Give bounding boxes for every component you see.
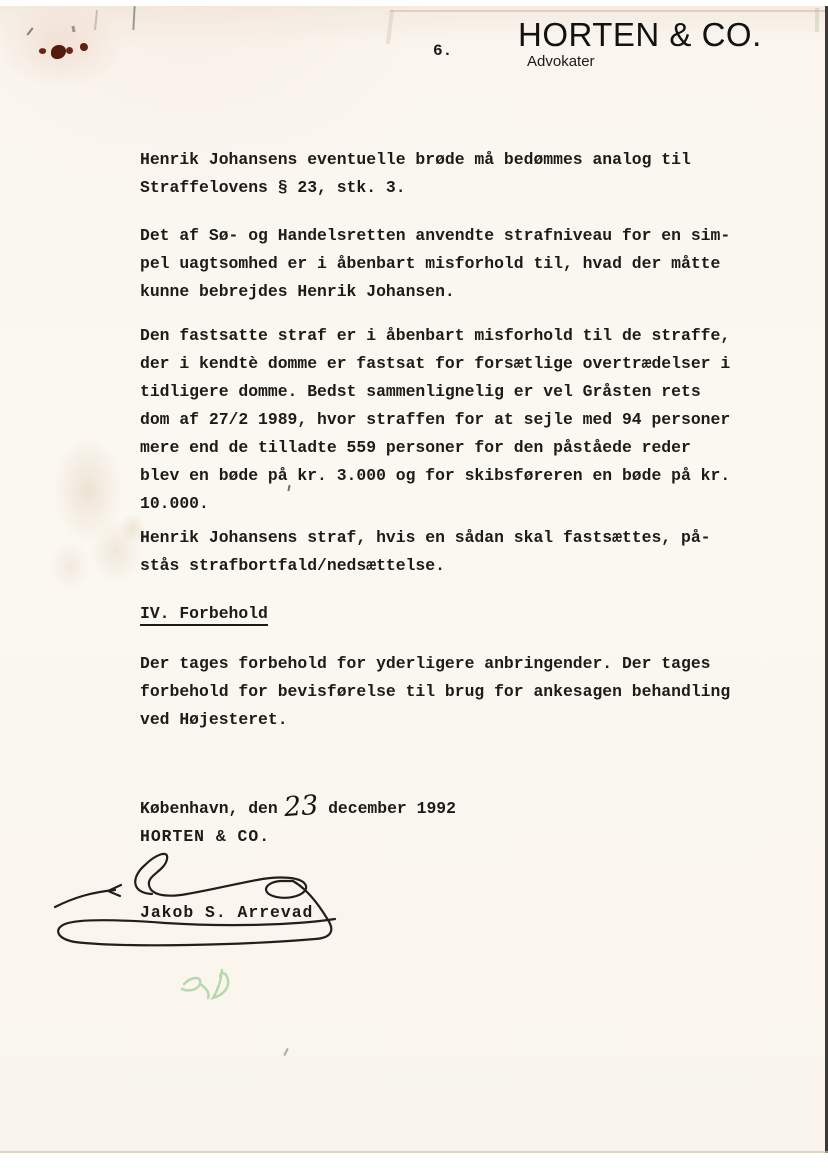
letterhead-tagline: Advokater: [527, 53, 762, 70]
paper-bottom-edge: [0, 1151, 828, 1153]
ink-blot: [51, 45, 66, 59]
letterhead: HORTEN & CO. Advokater: [518, 18, 762, 70]
section-heading: IV. Forbehold: [140, 600, 780, 628]
signature-scribble-icon: [35, 845, 345, 957]
section-paragraph: Der tages forbehold for yderligere anbri…: [140, 650, 780, 734]
body-paragraph: Den fastsatte straf er i åbenbart misfor…: [140, 322, 780, 518]
fold-mark: [386, 10, 394, 44]
fold-mark: [132, 6, 135, 30]
stray-mark: [283, 1048, 289, 1056]
date-suffix: december 1992: [328, 799, 456, 818]
body-paragraph: Henrik Johansens eventuelle brøde må bed…: [140, 146, 780, 202]
paper: 6. HORTEN & CO. Advokater Henrik Johanse…: [0, 6, 828, 1153]
ink-blot: [66, 47, 73, 54]
body-paragraph: Henrik Johansens straf, hvis en sådan sk…: [140, 524, 780, 580]
ink-blot: [38, 47, 47, 55]
handwritten-day: 23: [283, 796, 319, 818]
scan-line-artifact: [390, 10, 828, 12]
letter-body: Henrik Johansens eventuelle brøde må bed…: [140, 146, 780, 734]
date-prefix: København, den: [140, 799, 278, 818]
ink-blot: [80, 43, 88, 51]
closing-block: København, den23december 1992 HORTEN & C…: [140, 795, 456, 851]
fold-mark: [815, 8, 819, 32]
fold-mark: [94, 10, 98, 30]
letterhead-firm: HORTEN & CO.: [518, 18, 762, 51]
body-paragraph: Det af Sø- og Handelsretten anvendte str…: [140, 222, 780, 306]
section-heading-text: IV. Forbehold: [140, 604, 268, 626]
page-number: 6.: [433, 42, 452, 60]
scanned-letter-page: 6. HORTEN & CO. Advokater Henrik Johanse…: [0, 0, 828, 1169]
handwritten-initials-icon: [172, 962, 242, 1008]
ink-speck: [26, 27, 33, 35]
ink-speck: [72, 26, 76, 32]
date-line: København, den23december 1992: [140, 795, 456, 823]
